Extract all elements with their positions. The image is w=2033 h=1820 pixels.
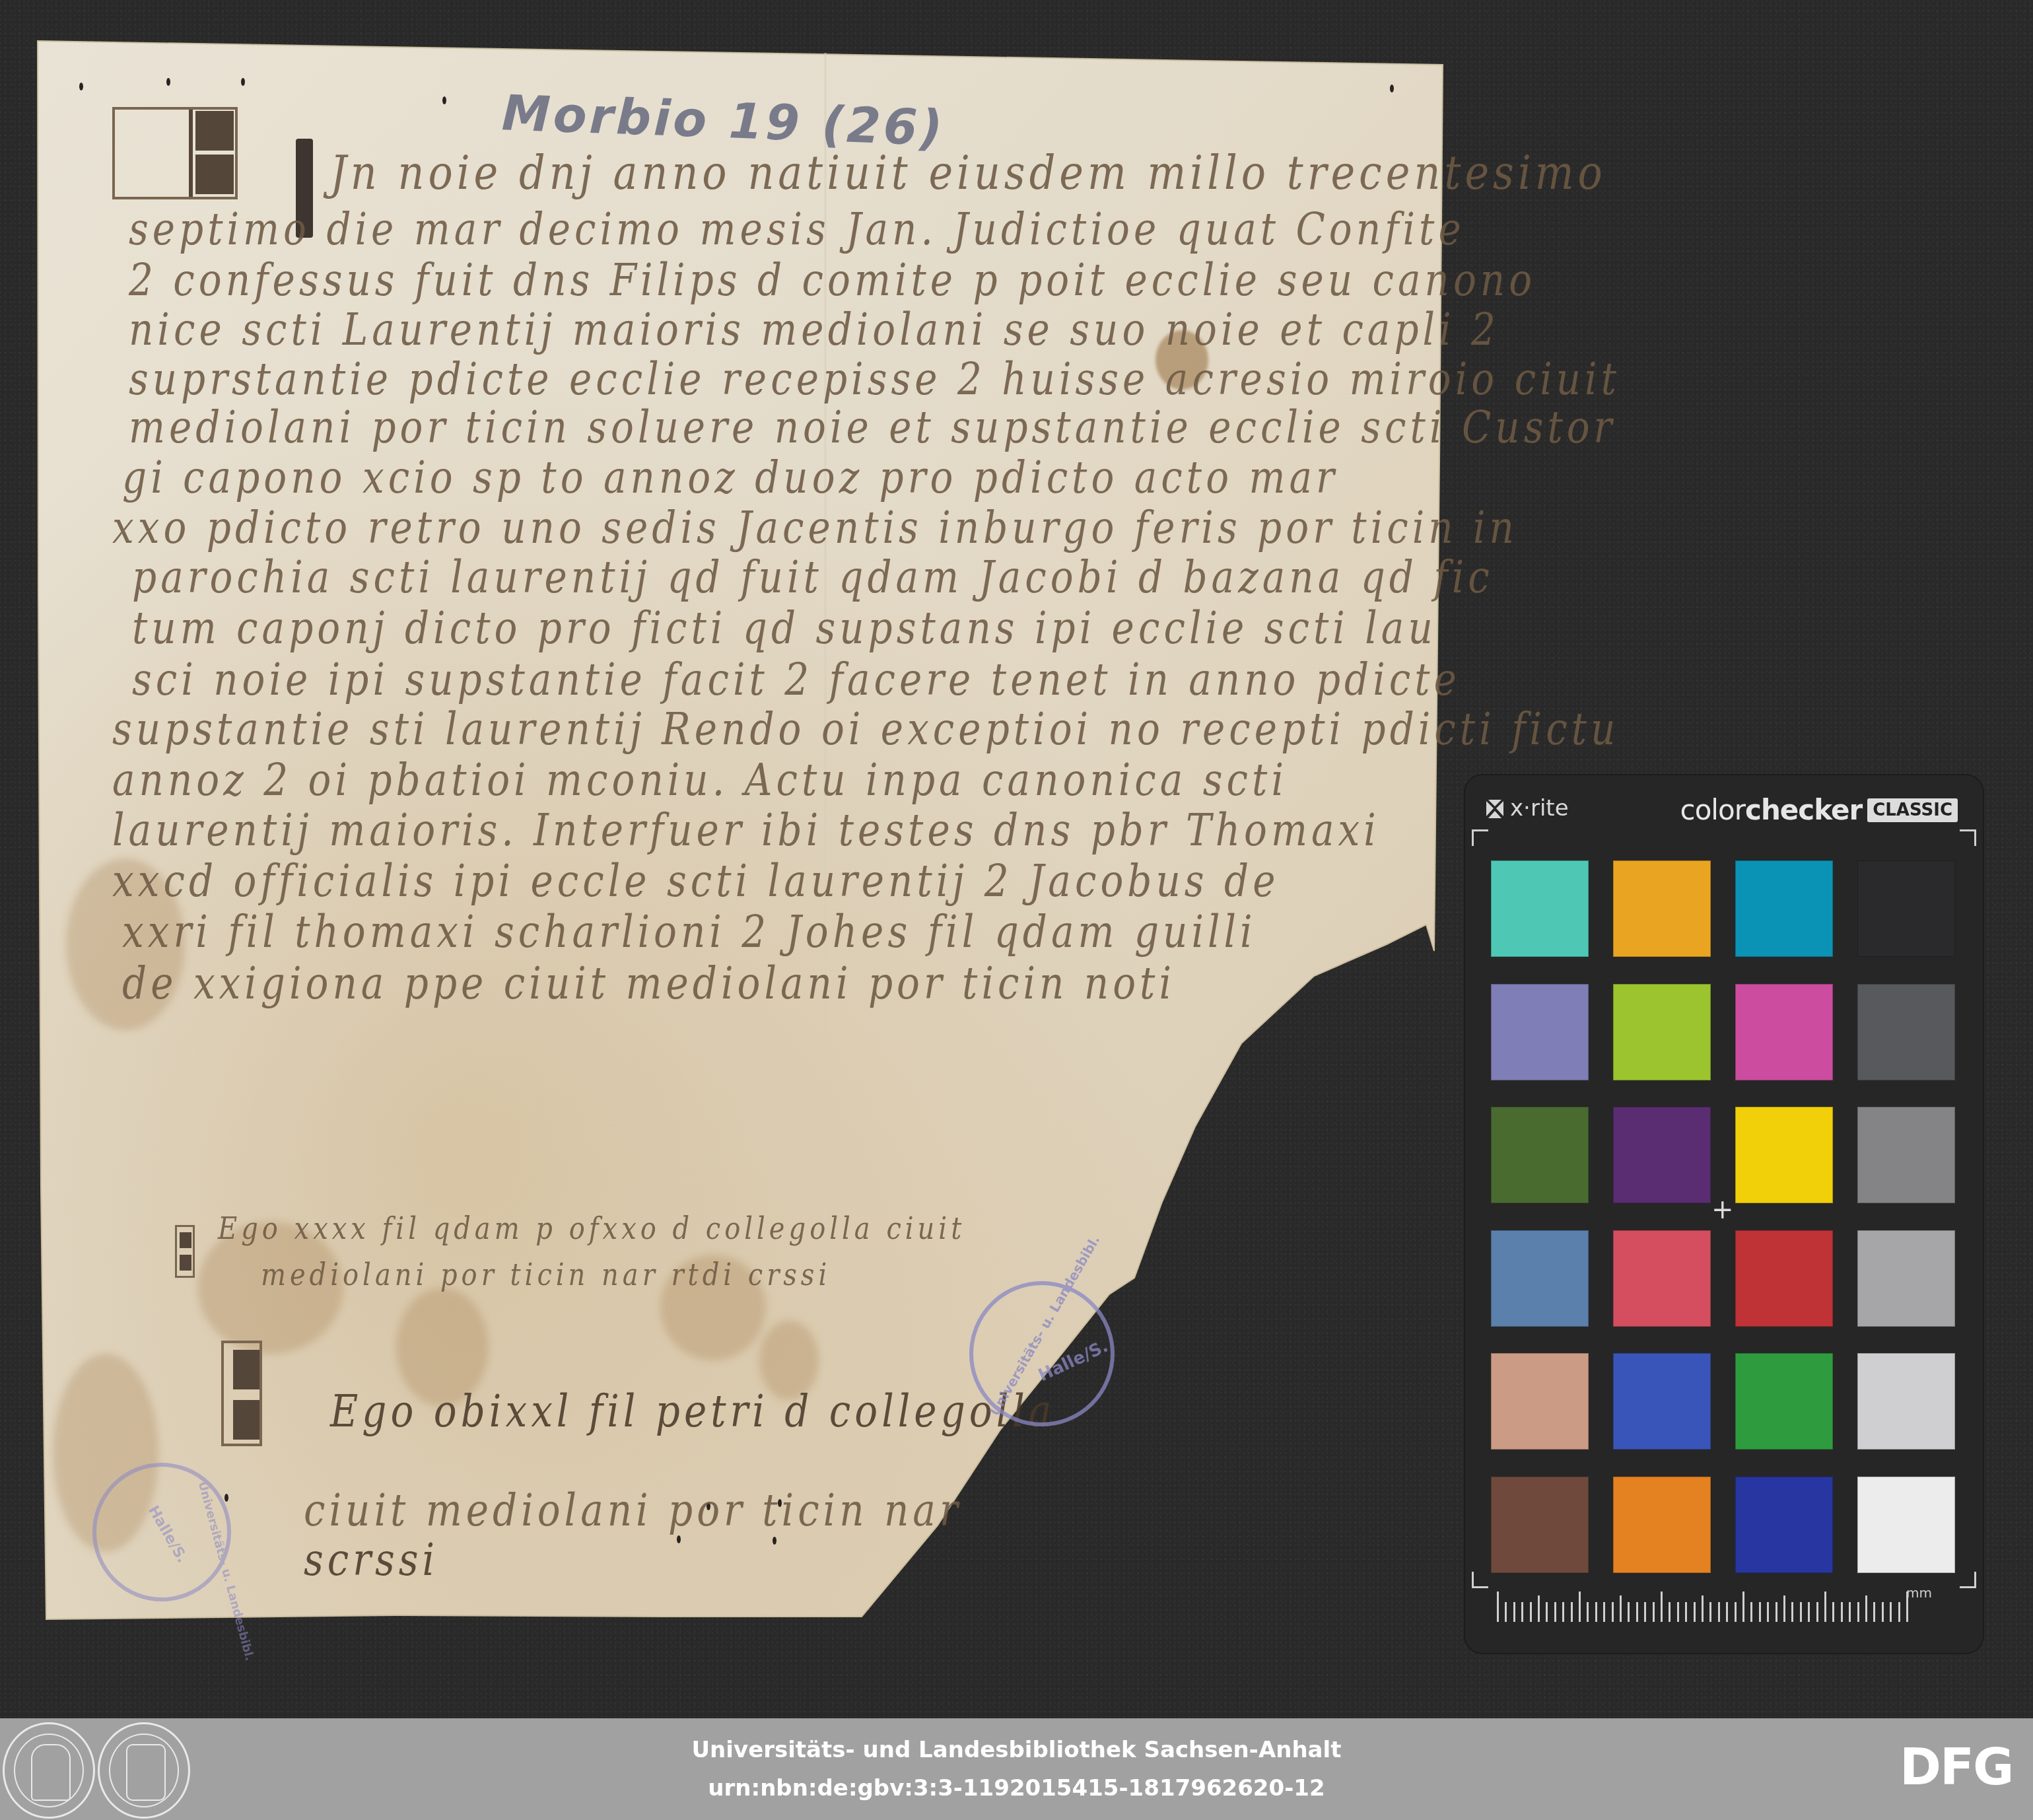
color-patch — [1735, 1107, 1833, 1203]
manuscript-line: supstantie sti laurentij Rendo oi except… — [112, 703, 1619, 755]
manuscript-line: sci noie ipi supstantie facit 2 facere t… — [132, 654, 1461, 705]
pinhole — [241, 78, 245, 86]
manuscript-line: xxo pdicto retro uno sedis Jacentis inbu… — [112, 502, 1518, 553]
manuscript-line: tum caponj dicto pro ficti qd supstans i… — [132, 602, 1437, 654]
ruler-tick — [1702, 1595, 1704, 1622]
institution-name: Universitäts- und Landesbibliothek Sachs… — [0, 1737, 2033, 1763]
ruler-tick — [1800, 1602, 1802, 1622]
manuscript-line: xxcd officialis ipi eccle scti laurentij… — [112, 855, 1279, 907]
ruler-tick — [1824, 1592, 1826, 1622]
ruler-tick — [1735, 1602, 1737, 1622]
ruler-unit: mm — [1906, 1585, 1932, 1601]
manuscript-line: suprstantie pdicte ecclie recepisse 2 hu… — [129, 353, 1620, 405]
footer-bar: Universitäts- und Landesbibliothek Sachs… — [0, 1718, 2033, 1820]
color-patch — [1613, 860, 1711, 957]
manuscript-line: xxri fil thomaxi scharlioni 2 Johes fil … — [122, 906, 1257, 958]
color-patch — [1857, 1230, 1955, 1327]
color-patch — [1613, 1477, 1711, 1573]
ruler-tick — [1595, 1602, 1597, 1622]
color-patch — [1735, 1230, 1833, 1327]
corner-mark — [1960, 1572, 1976, 1588]
manuscript-line: parochia scti laurentij qd fuit qdam Jac… — [132, 551, 1494, 603]
manuscript-line: mediolani por ticin soluere noie et sups… — [129, 402, 1616, 453]
ruler-tick — [1612, 1602, 1614, 1622]
library-stamp: Universitäts- u. Landesbibl. Halle/S. — [969, 1281, 1115, 1426]
manuscript-line: de xxigiona ppe ciuit mediolani por tici… — [122, 958, 1175, 1009]
ruler-tick — [1849, 1602, 1851, 1622]
ruler-tick — [1546, 1602, 1548, 1622]
manuscript-line: Ego xxxx fil qdam p ofxxo d collegolla c… — [218, 1212, 965, 1247]
ruler-tick — [1579, 1592, 1581, 1622]
color-patch — [1491, 1230, 1589, 1327]
color-patch — [1857, 1107, 1955, 1203]
ruler-tick — [1530, 1602, 1532, 1622]
ruler-tick — [1677, 1602, 1679, 1622]
ruler-tick — [1882, 1602, 1884, 1622]
xrite-brand: x·rite — [1510, 795, 1569, 822]
ruler-tick — [1521, 1602, 1523, 1622]
pinhole — [677, 1535, 681, 1543]
color-patch — [1491, 984, 1589, 1080]
ruler-tick — [1497, 1592, 1499, 1622]
corner-mark — [1472, 1572, 1488, 1588]
ruler-tick — [1832, 1602, 1834, 1622]
color-patch — [1491, 860, 1589, 957]
ruler-tick — [1865, 1595, 1867, 1622]
ruler-tick — [1653, 1602, 1655, 1622]
color-patch — [1735, 1353, 1833, 1450]
ruler-tick — [1816, 1602, 1818, 1622]
corner-mark — [1472, 829, 1488, 846]
pinhole — [1390, 85, 1394, 92]
ruler-tick — [1726, 1602, 1728, 1622]
ruler-tick — [1767, 1602, 1769, 1622]
ruler-tick — [1783, 1595, 1785, 1622]
ruler-tick — [1620, 1595, 1622, 1622]
colorchecker-card: x·rite colorchecker CLASSIC + mm — [1465, 775, 1983, 1653]
color-patch — [1613, 1230, 1711, 1327]
ruler-tick — [1636, 1602, 1638, 1622]
colorchecker-title: colorchecker CLASSIC — [1680, 794, 1958, 826]
ruler-tick — [1669, 1602, 1671, 1622]
xrite-mark-icon — [1485, 798, 1505, 818]
color-patch — [1613, 1107, 1711, 1203]
ruler-tick — [1505, 1602, 1507, 1622]
notary-signum-top — [112, 107, 238, 199]
color-patch — [1613, 984, 1711, 1080]
manuscript-line: septimo die mar decimo mesis Jan. Judict… — [129, 203, 1465, 255]
ruler-tick — [1661, 1592, 1663, 1622]
pinhole — [79, 83, 83, 90]
color-patch — [1491, 1107, 1589, 1203]
library-stamp: Universitäts- u. Landesbibl. Halle/S. — [92, 1463, 231, 1601]
ruler-tick — [1709, 1602, 1711, 1622]
xrite-logo: x·rite — [1485, 795, 1569, 822]
ruler-tick — [1587, 1602, 1589, 1622]
corner-mark — [1960, 829, 1976, 846]
manuscript-line: nice scti Laurentij maioris mediolani se… — [129, 304, 1499, 355]
pinhole — [166, 78, 170, 86]
manuscript-line: laurentij maioris. Interfuer ibi testes … — [112, 804, 1380, 856]
ruler-tick — [1603, 1602, 1605, 1622]
color-patch — [1857, 984, 1955, 1080]
color-patch — [1735, 860, 1833, 957]
pinhole — [442, 96, 446, 104]
color-patch — [1857, 1477, 1955, 1573]
ruler-tick — [1873, 1602, 1875, 1622]
mm-ruler — [1497, 1589, 1946, 1622]
classic-badge: CLASSIC — [1867, 798, 1958, 822]
ruler-tick — [1554, 1602, 1556, 1622]
manuscript-line: Ego obixxl fil petri d collegolla — [330, 1385, 1055, 1437]
dfg-logo: DFG — [1900, 1742, 2013, 1792]
color-patch — [1491, 1353, 1589, 1450]
color-patch — [1857, 860, 1955, 957]
manuscript-line: gi capono xcio sp to annoz duoz pro pdic… — [122, 452, 1338, 503]
color-patch — [1613, 1353, 1711, 1450]
ruler-tick — [1513, 1602, 1515, 1622]
ruler-tick — [1841, 1602, 1843, 1622]
pinhole — [224, 1494, 228, 1502]
manuscript-line: mediolani por ticin nar rtdi crssi — [261, 1258, 831, 1293]
notary-signum-bottom — [221, 1341, 262, 1446]
ruler-tick — [1644, 1602, 1646, 1622]
color-patch — [1491, 1477, 1589, 1573]
ruler-tick — [1562, 1602, 1564, 1622]
ruler-tick — [1538, 1595, 1540, 1622]
pinhole — [773, 1537, 776, 1545]
ruler-tick — [1775, 1602, 1777, 1622]
notary-signum-small — [175, 1225, 195, 1278]
manuscript-line: 2 confessus fuit dns Filips d comite p p… — [129, 254, 1536, 306]
color-patch — [1735, 984, 1833, 1080]
ruler-tick — [1685, 1602, 1687, 1622]
ruler-tick — [1742, 1592, 1744, 1622]
ruler-tick — [1791, 1602, 1793, 1622]
ruler-tick — [1694, 1602, 1696, 1622]
color-patch — [1735, 1477, 1833, 1573]
ruler-tick — [1890, 1602, 1892, 1622]
ruler-tick — [1628, 1602, 1630, 1622]
manuscript-line: Jn noie dnj anno natiuit eiusdem millo t… — [330, 145, 1606, 200]
crosshair-icon: + — [1711, 1197, 1734, 1223]
ruler-tick — [1750, 1602, 1752, 1622]
ruler-tick — [1718, 1602, 1720, 1622]
manuscript-line: annoz 2 oi pbatioi mconiu. Actu inpa can… — [112, 754, 1288, 806]
color-patch — [1857, 1353, 1955, 1450]
manuscript-line: ciuit mediolani por ticin nar — [304, 1485, 962, 1536]
ruler-tick — [1857, 1602, 1859, 1622]
ruler-tick — [1808, 1602, 1810, 1622]
urn-identifier[interactable]: urn:nbn:de:gbv:3:3-1192015415-1817962620… — [0, 1775, 2033, 1802]
ruler-tick — [1759, 1602, 1761, 1622]
manuscript-line: scrssi — [304, 1534, 438, 1586]
ruler-tick — [1898, 1602, 1900, 1622]
ruler-tick — [1571, 1602, 1573, 1622]
